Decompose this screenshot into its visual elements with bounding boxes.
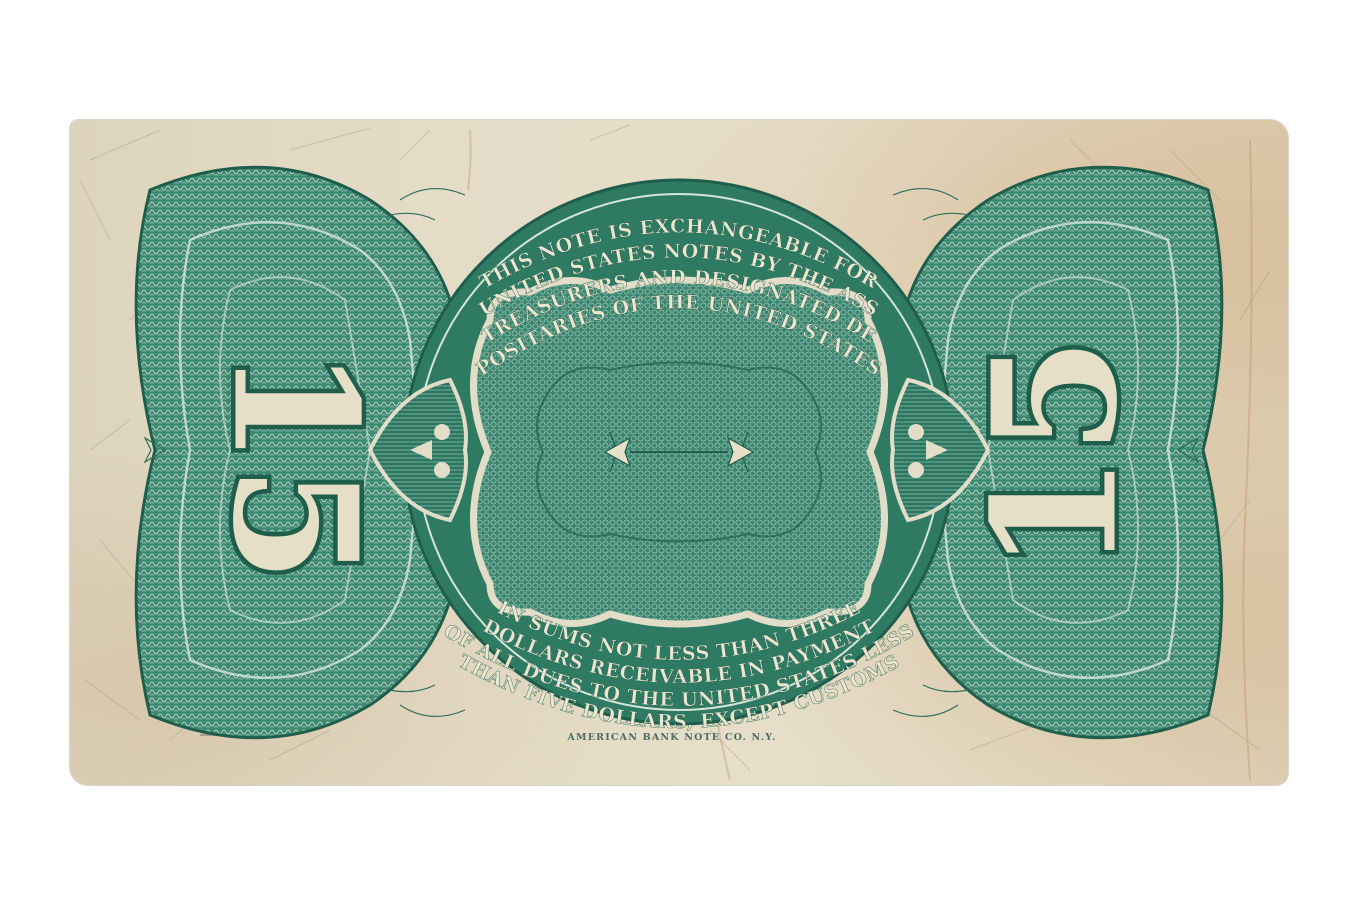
banknote-reverse: THIS NOTE IS EXCHANGEABLE FOR UNITED STA… (70, 120, 1288, 785)
engraver-imprint: AMERICAN BANK NOTE CO. N.Y. (522, 732, 822, 743)
svg-text:15: 15 (195, 347, 395, 584)
svg-text:15: 15 (956, 337, 1156, 574)
left-numeral-15: 15 (195, 347, 395, 584)
engraved-design: THIS NOTE IS EXCHANGEABLE FOR UNITED STA… (70, 120, 1288, 785)
right-numeral-15: 15 (956, 337, 1156, 574)
